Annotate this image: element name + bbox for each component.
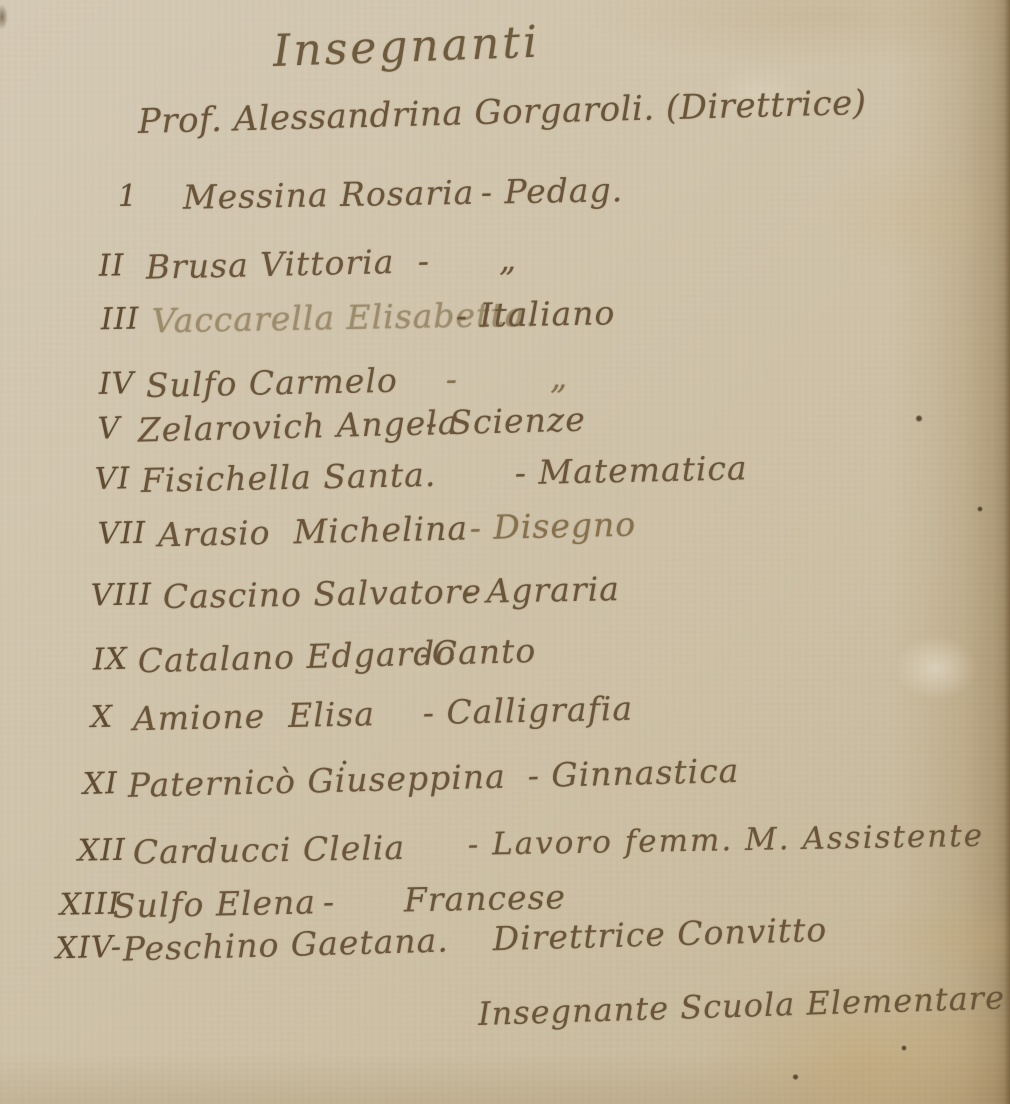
teacher-name: Carducci Clelia [133,828,406,872]
entry-number: 1 [118,179,139,214]
subject-label: -Canto [419,631,536,673]
ink-speck [792,1074,799,1080]
entry-number: XI [82,766,118,802]
subject-label: - Francese [322,877,566,921]
entry-number: XIV- [55,930,122,967]
header-line: Prof. Alessandrina Gorgaroli. (Direttric… [137,83,867,142]
entry-number: VII [97,516,146,552]
teacher-name: Brusa Vittoria [145,242,394,287]
paper-stain [0,4,8,30]
teacher-entry: VIII Cascino Salvatore - Agraria [0,562,1010,628]
teacher-name: Zelarovich Angela [137,403,459,450]
entry-number: X [90,700,113,735]
teacher-name: Amione Elisa [132,694,375,738]
subject-label: - „ [417,239,517,280]
entry-number: XII [78,833,127,869]
entry-number: VIII [91,577,153,613]
subject-label: - Ginnastica [527,751,740,795]
entry-number: IX [92,642,128,678]
subject-label: - Calligrafia [422,689,633,732]
footer-line: Insegnante Scuola Elementare [477,978,1005,1033]
page-title: Insegnanti [272,17,541,77]
teacher-name: Paternicò Giuseppina [127,757,506,805]
subject-label: - Lavoro femm. M. Assistente [468,818,985,863]
teacher-name: Fisichella Santa. [140,455,436,500]
subject-label: - Disegno [469,505,636,548]
subject-label: - Pedag. [481,170,624,211]
teacher-entry: X Amione Elisa - Calligrafia [0,681,1010,750]
subject-label: - Agraria [463,569,621,611]
teacher-entry: IX Catalano Edgardo -Canto [0,619,1010,693]
teacher-name: Sulfo Carmelo [145,361,398,405]
subject-label: Direttrice Convitto [492,910,828,958]
teacher-name: Peschino Gaetana. [122,920,449,968]
teacher-entry: XI Paternicò Giuseppina - Ginnastica [0,744,1010,817]
teacher-name: Catalano Edgardo [137,633,456,680]
teacher-entry: III Vaccarella Elisabetta. - Italiano [0,286,1010,352]
manuscript-page: Insegnanti Prof. Alessandrina Gorgaroli.… [0,0,1010,1104]
entry-number: II [98,248,124,284]
subject-label: - Italiano [456,293,616,335]
subject-label: - Scienze [425,400,586,443]
entry-number: III [101,302,140,338]
entry-number: IV [98,366,134,402]
entry-number: VI [94,461,130,497]
ink-speck [901,1045,907,1051]
teacher-name: Sulfo Elena [112,882,316,925]
teacher-name: Arasio Michelina [157,508,468,554]
subject-label: - „ [445,357,568,399]
teacher-name: Cascino Salvatore [163,572,483,617]
subject-label: - Matematica [514,448,748,492]
teacher-entry: 1 Messina Rosaria - Pedag. [0,163,1010,229]
teacher-name: Messina Rosaria [183,173,475,217]
entry-number: V [97,411,121,447]
